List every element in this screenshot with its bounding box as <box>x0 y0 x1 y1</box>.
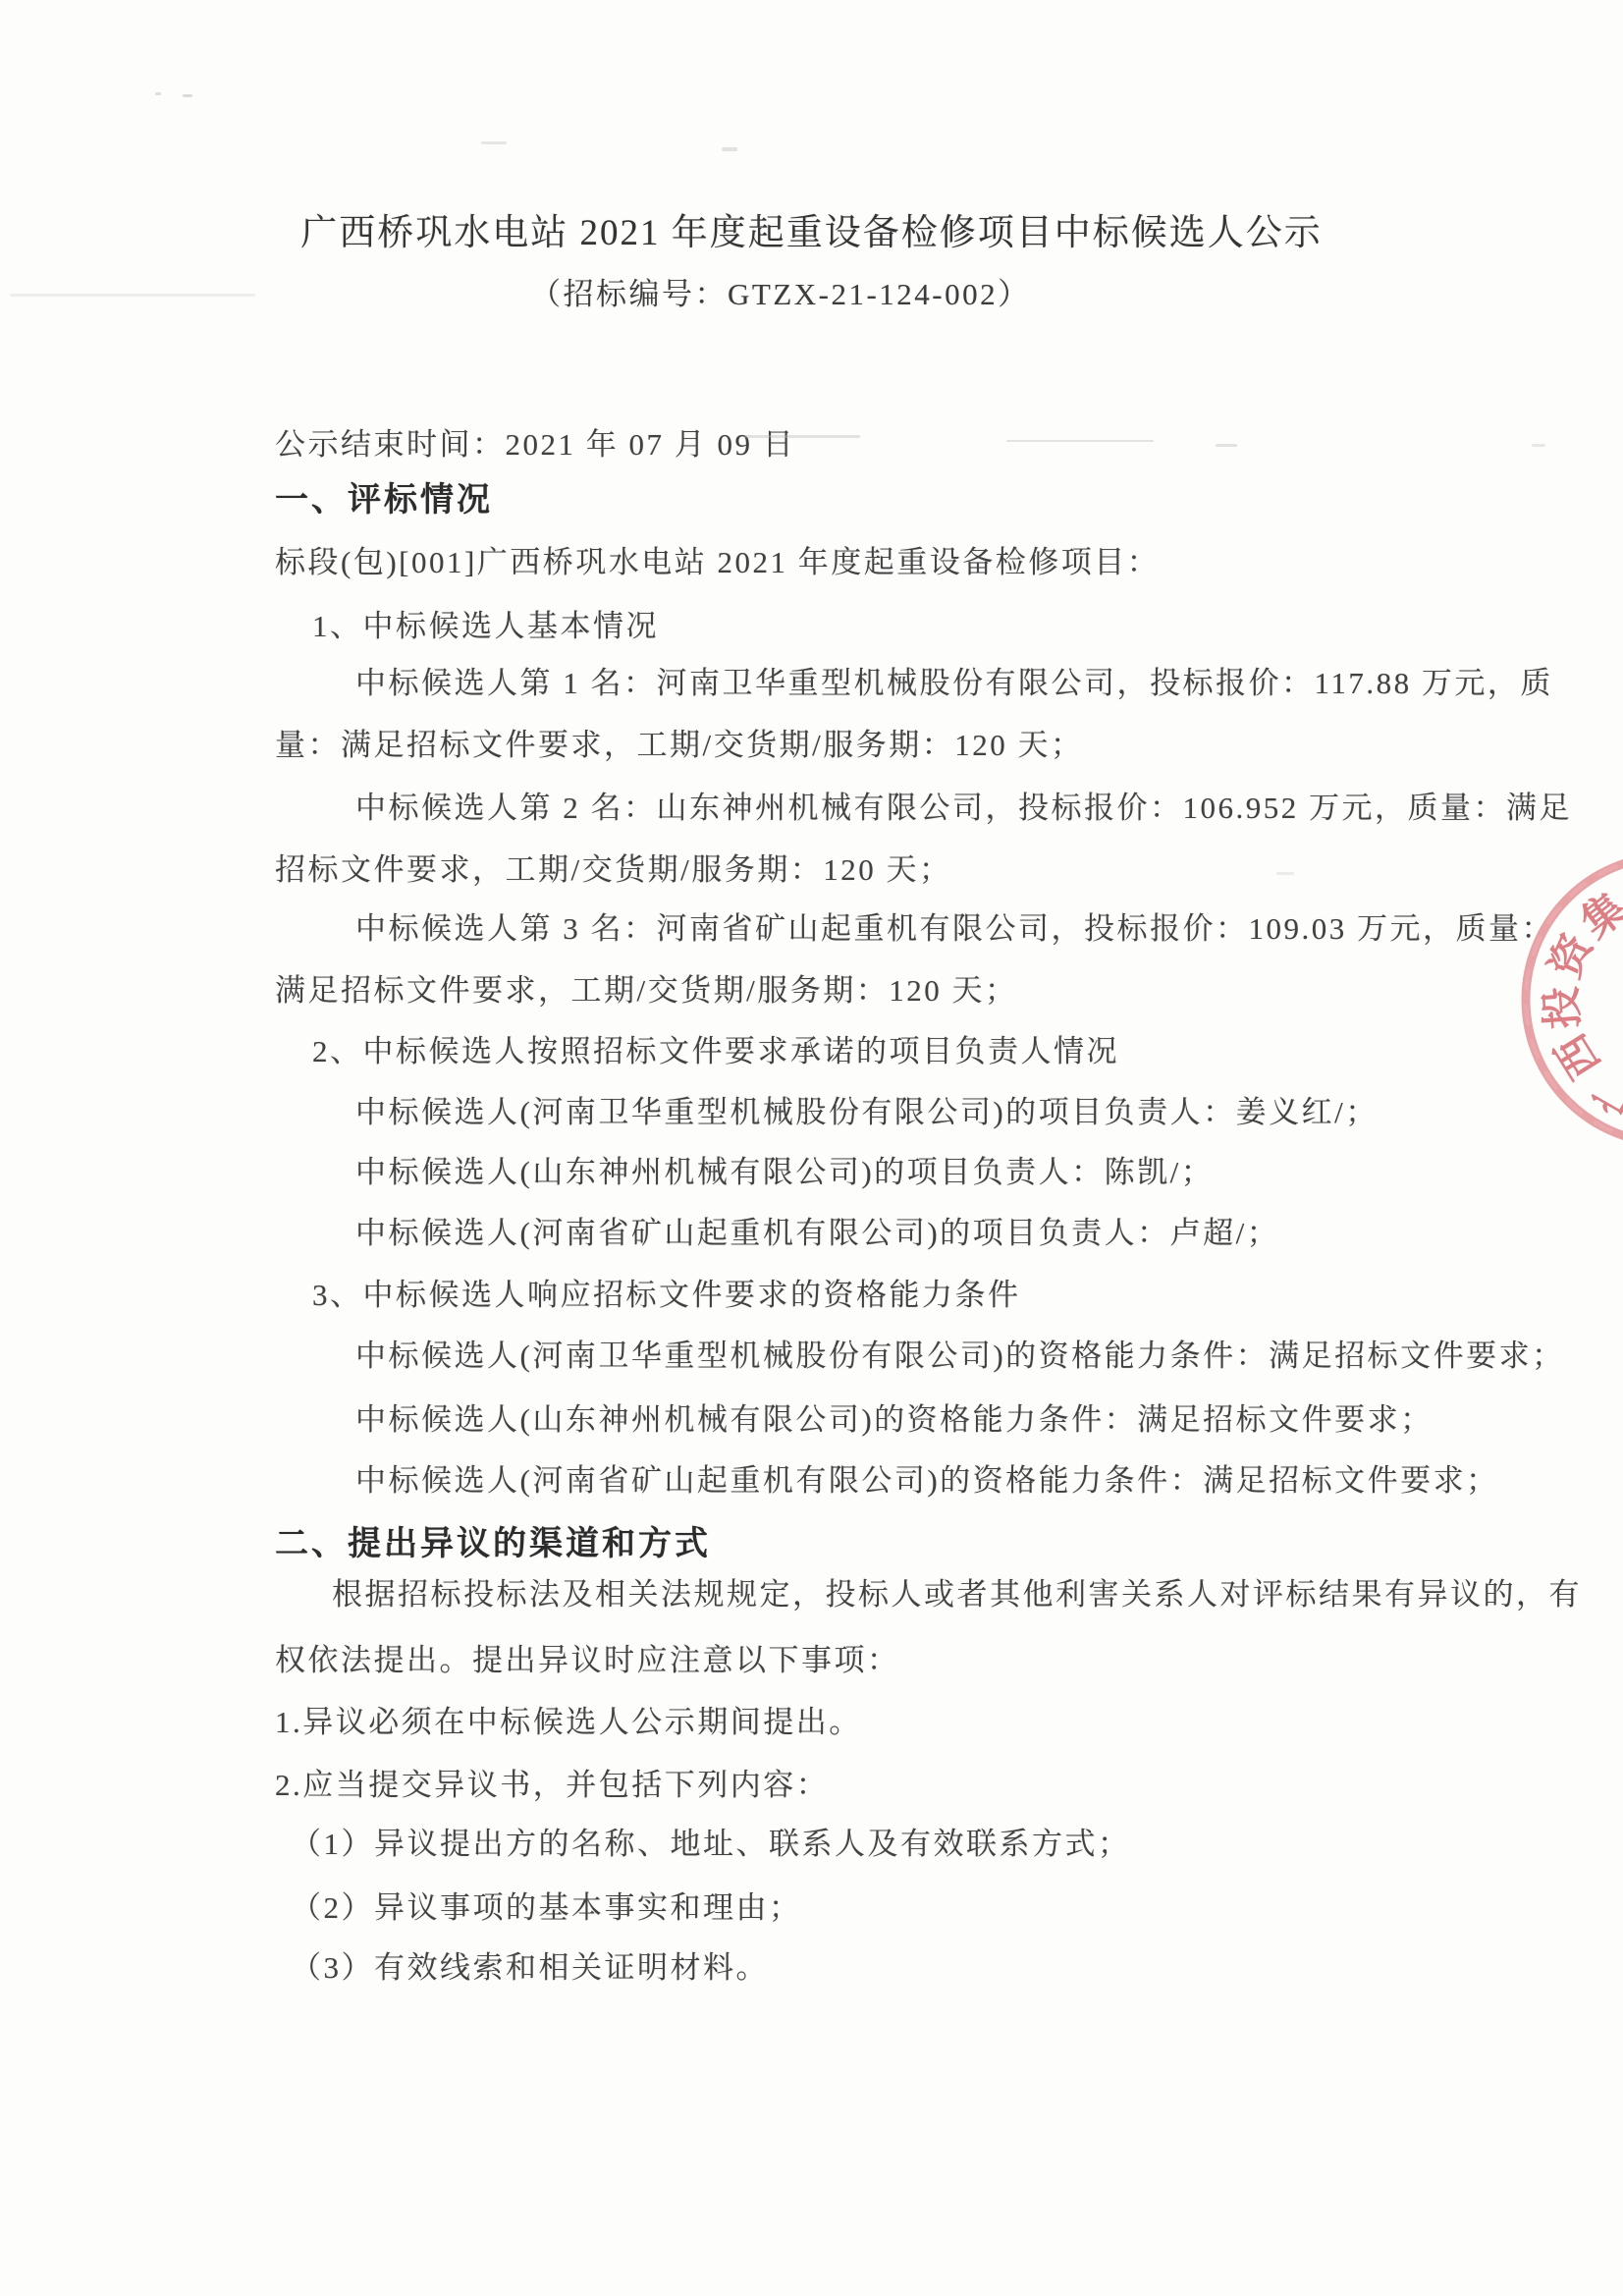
scan-streak <box>1006 440 1154 442</box>
svg-text:投: 投 <box>1538 985 1588 1030</box>
scan-streak <box>744 435 860 438</box>
qualification-line-1: 中标候选人(河南卫华重型机械股份有限公司)的资格能力条件：满足招标文件要求； <box>355 1334 1565 1379</box>
scanned-document-page: 广西桥巩水电站 2021 年度起重设备检修项目中标候选人公示 （招标编号：GTZ… <box>0 0 1623 2296</box>
red-company-seal: 广 西 投 资 集 团 有 限 公 司 <box>1473 825 1623 1178</box>
candidate2-line1: 中标候选人第 2 名：山东神州机械有限公司，投标报价：106.952 万元，质量… <box>355 786 1572 831</box>
scan-speck <box>183 94 192 97</box>
scan-speck <box>1532 444 1545 447</box>
section1-heading: 一、评标情况 <box>275 477 493 522</box>
project-manager-line-1: 中标候选人(河南卫华重型机械股份有限公司)的项目负责人：姜义红/； <box>355 1090 1379 1135</box>
scan-speck <box>1216 444 1237 447</box>
objection-para-line2: 权依法提出。提出异议时应注意以下事项： <box>275 1638 900 1683</box>
scan-speck <box>481 141 507 144</box>
publicity-end-date: 公示结束时间：2021 年 07 月 09 日 <box>275 422 795 467</box>
doc-title: 广西桥巩水电站 2021 年度起重设备检修项目中标候选人公示 <box>0 211 1623 256</box>
project-manager-line-3: 中标候选人(河南省矿山起重机有限公司)的项目负责人：卢超/； <box>355 1211 1279 1256</box>
scan-speck <box>155 92 161 95</box>
seal-ring-texture <box>1526 856 1623 1143</box>
candidate3-line2: 满足招标文件要求，工期/交货期/服务期：120 天； <box>275 968 1017 1013</box>
qualification-line-3: 中标候选人(河南省矿山起重机有限公司)的资格能力条件：满足招标文件要求； <box>355 1458 1499 1503</box>
item1-heading: 1、中标候选人基本情况 <box>312 604 659 649</box>
svg-text:集: 集 <box>1573 884 1623 947</box>
objection-subitem-2: （2）异议事项的基本事实和理由； <box>291 1886 802 1931</box>
project-manager-line-2: 中标候选人(山东神州机械有限公司)的项目负责人：陈凯/； <box>355 1150 1214 1195</box>
scan-streak <box>10 294 255 297</box>
objection-subitem-3: （3）有效线索和相关证明材料。 <box>291 1945 769 1991</box>
objection-note-2: 2.应当提交异议书，并包括下列内容： <box>275 1763 829 1808</box>
svg-text:西: 西 <box>1548 1025 1610 1085</box>
item3-heading: 3、中标候选人响应招标文件要求的资格能力条件 <box>312 1273 1021 1318</box>
doc-subtitle-tender-number: （招标编号：GTZX-21-124-002） <box>530 272 1031 317</box>
objection-para-line1: 根据招标投标法及相关法规规定，投标人或者其他利害关系人对评标结果有异议的，有 <box>332 1572 1582 1617</box>
candidate3-line1: 中标候选人第 3 名：河南省矿山起重机有限公司，投标报价：109.03 万元，质… <box>355 906 1554 952</box>
svg-text:广: 广 <box>1586 1062 1623 1123</box>
qualification-line-2: 中标候选人(山东神州机械有限公司)的资格能力条件：满足招标文件要求； <box>355 1397 1434 1443</box>
section2-heading: 二、提出异议的渠道和方式 <box>275 1521 711 1566</box>
scan-speck <box>1276 872 1294 875</box>
candidate2-line2: 招标文件要求，工期/交货期/服务期：120 天； <box>275 847 951 893</box>
lot-line: 标段(包)[001]广西桥巩水电站 2021 年度起重设备检修项目： <box>275 540 1160 585</box>
scan-speck <box>722 147 737 151</box>
objection-note-1: 1.异议必须在中标候选人公示期间提出。 <box>275 1700 862 1745</box>
seal-ring <box>1526 856 1623 1143</box>
candidate1-line2: 量：满足招标文件要求，工期/交货期/服务期：120 天； <box>275 723 1083 768</box>
item2-heading: 2、中标候选人按照招标文件要求承诺的项目负责人情况 <box>312 1029 1119 1074</box>
objection-subitem-1: （1）异议提出方的名称、地址、联系人及有效联系方式； <box>291 1822 1131 1867</box>
candidate1-line1: 中标候选人第 1 名：河南卫华重型机械股份有限公司，投标报价：117.88 万元… <box>355 661 1553 706</box>
